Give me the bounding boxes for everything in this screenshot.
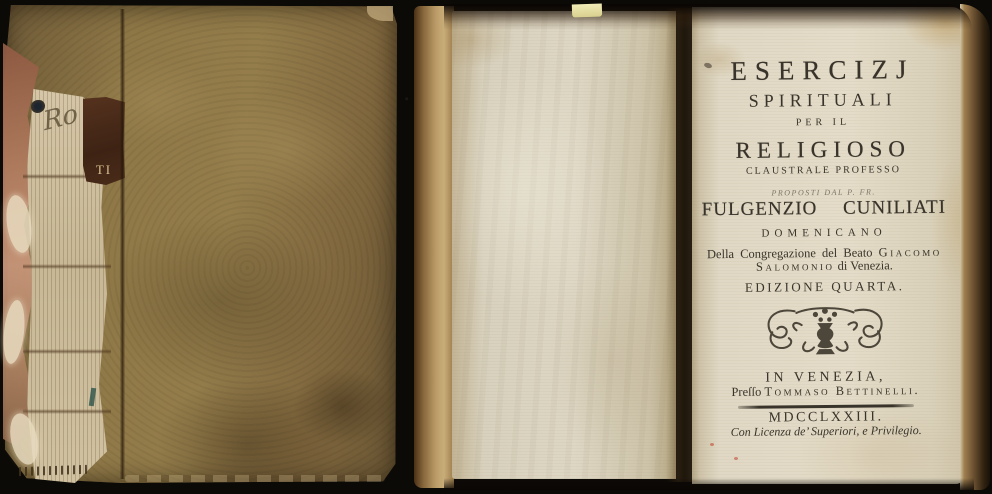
imprint-publisher-line: Preſſo Tommaso Bettinelli. <box>698 384 954 400</box>
congregation-rest: di Venezia. <box>834 258 893 273</box>
spine-label-fragment: TI <box>83 97 125 185</box>
gutter-shadow <box>666 8 700 482</box>
imprint-publisher: Tommaso Bettinelli. <box>764 383 920 399</box>
title-line-2: SPIRITUALI <box>695 90 951 111</box>
title-line-1: ESERCIZJ <box>694 56 950 86</box>
bottom-edge-shadow <box>444 478 974 490</box>
cover-edge-left <box>414 6 454 488</box>
title-line-5: CLAUSTRALE PROFESSO <box>695 165 951 178</box>
top-edge-shadow <box>444 4 972 30</box>
cover-hinge-crack <box>120 9 125 479</box>
bookmark-ribbon-icon <box>572 3 602 17</box>
title-line-4: RELIGIOSO <box>695 137 951 163</box>
title-line-3: PER IL <box>695 117 951 130</box>
imprint-license: Con Licenza de’ Superiori, e Privilegio. <box>698 423 954 438</box>
fore-edge-right <box>960 4 990 490</box>
left-photo-book-cover: TI Ro <box>3 5 397 483</box>
right-photo-title-page: ESERCIZJ SPIRITUALI PER IL RELIGIOSO CLA… <box>412 0 992 494</box>
spine-cord-band <box>23 409 111 414</box>
congregation-line-2: Salomonio di Venezia. <box>696 259 952 275</box>
red-speck <box>710 443 714 446</box>
red-speck <box>734 457 738 460</box>
congregation-name-2: Salomonio <box>756 259 835 274</box>
spine-cord-band <box>23 349 111 354</box>
printer-ornament-icon <box>760 300 891 359</box>
edition-line: EDIZIONE QUARTA. <box>697 279 953 295</box>
author-name: FULGENZIO CUNILIATI <box>696 198 952 221</box>
worn-bottom-edge <box>125 475 385 482</box>
spine-cord-band <box>23 264 111 269</box>
spine-label-text: TI <box>83 162 125 178</box>
congregation-name: Giacomo <box>879 245 942 260</box>
blank-verso-page <box>452 11 676 479</box>
title-page: ESERCIZJ SPIRITUALI PER IL RELIGIOSO CLA… <box>692 7 964 484</box>
title-text-block: ESERCIZJ SPIRITUALI PER IL RELIGIOSO CLA… <box>694 6 954 438</box>
book-spread: ESERCIZJ SPIRITUALI PER IL RELIGIOSO CLA… <box>414 4 990 490</box>
imprint-rule <box>738 404 914 408</box>
imprint-presso: Preſſo <box>731 385 764 399</box>
author-order: DOMENICANO <box>696 227 952 241</box>
photo-scene: TI Ro ESERCIZJ SPIRITUALI PER IL RELIGIO… <box>0 0 992 494</box>
